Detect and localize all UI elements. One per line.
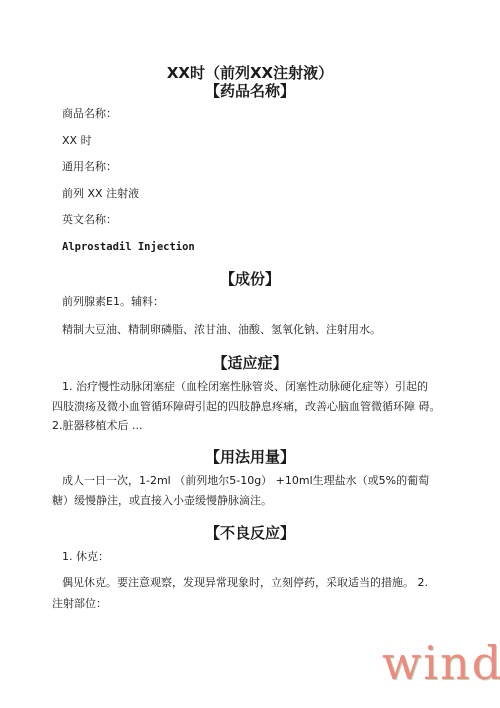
english-name-value: Alprostadil Injection <box>62 240 195 254</box>
english-name-label: 英文名称： <box>62 213 117 227</box>
composition-line-1: 前列腺素E1。辅料： <box>62 295 164 309</box>
section-heading-indications: 【适应症】 <box>0 352 500 373</box>
section-heading-composition: 【成份】 <box>0 268 500 289</box>
document-page: XX时（前列XX注射液） 【药品名称】 商品名称： XX 时 通用名称： 前列 … <box>0 0 500 708</box>
trade-name-value: XX 时 <box>62 134 92 148</box>
indications-line-1: 1. 治疗慢性动脉闭塞症（血栓闭塞性脉管炎、闭塞性动脉硬化症等）引起的 <box>62 380 428 394</box>
trade-name-label: 商品名称： <box>62 107 117 121</box>
composition-line-2: 精制大豆油、精制卵磷脂、浓甘油、油酸、氢氧化钠、注射用水。 <box>62 323 381 337</box>
section-heading-drug-name: 【药品名称】 <box>0 80 500 101</box>
adverse-line-3: 注射部位： <box>52 597 107 611</box>
generic-name-value: 前列 XX 注射液 <box>62 187 139 201</box>
section-heading-adverse-reactions: 【不良反应】 <box>0 522 500 543</box>
adverse-line-1: 1. 休克： <box>62 550 109 564</box>
generic-name-label: 通用名称： <box>62 160 117 174</box>
indications-line-3: 2.脏器移植术后 ... <box>52 419 142 433</box>
dosage-line-2: 糖）缓慢静注，或直接入小壶缓慢静脉滴注。 <box>52 494 272 508</box>
indications-line-2: 四肢溃疡及微小血管循环障碍引起的四肢静息疼痛，改善心脑血管微循环障 碍。 <box>52 400 441 414</box>
adverse-line-2: 偶见休克。要注意观察，发现异常现象时，立刻停药，采取适当的措施。 2. <box>62 576 428 590</box>
dosage-line-1: 成人一日一次，1-2ml （前列地尔5-10g） +10ml生理盐水（或5%的葡… <box>62 474 429 488</box>
watermark-logo: wind <box>382 636 500 690</box>
section-heading-dosage: 【用法用量】 <box>0 446 500 467</box>
